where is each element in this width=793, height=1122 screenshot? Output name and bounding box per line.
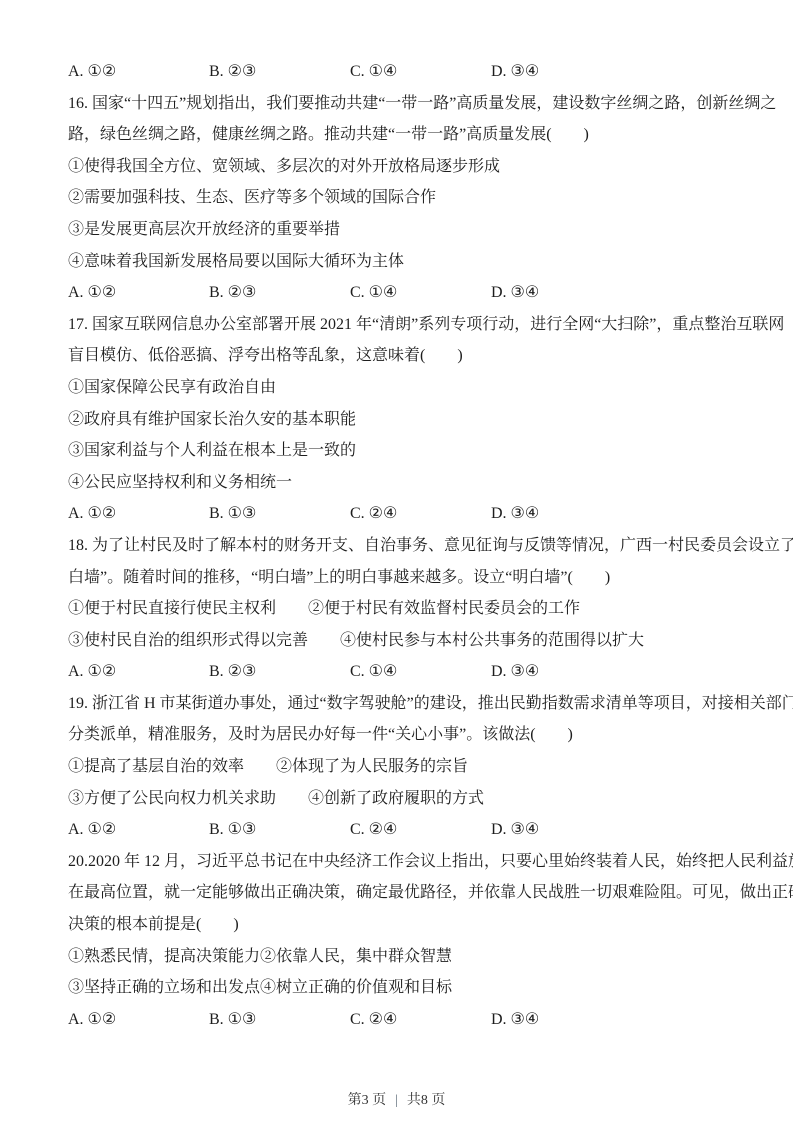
answer-choice-c: C. ②④ (350, 1004, 491, 1036)
answer-choice-a: A. ①② (68, 56, 209, 88)
question-19-stem-line-2: 分类派单，精准服务，及时为居民办好每一件“关心小事”。该做法( ) (68, 719, 744, 751)
answer-choice-b: B. ①③ (209, 1004, 350, 1036)
answer-row-question-19: A. ①② B. ①③ C. ②④ D. ③④ (68, 814, 744, 846)
answer-choice-d: D. ③④ (491, 56, 539, 88)
page-footer: 第3 页|共8 页 (0, 1091, 793, 1111)
question-18-stem-line-1: 18. 为了让村民及时了解本村的财务开支、自治事务、意见征询与反馈等情况，广西一… (68, 530, 744, 562)
question-16-option-4: ④意味着我国新发展格局要以国际大循环为主体 (68, 246, 744, 278)
answer-choice-a: A. ①② (68, 814, 209, 846)
answer-choice-d: D. ③④ (491, 1004, 539, 1036)
question-19-options-3-4: ③方便了公民向权力机关求助 ④创新了政府履职的方式 (68, 783, 744, 815)
question-20: 20.2020 年 12 月，习近平总书记在中央经济工作会议上指出，只要心里始终… (68, 846, 744, 1036)
answer-choice-c: C. ①④ (350, 277, 491, 309)
answer-choice-a: A. ①② (68, 498, 209, 530)
question-18-stem-line-2: 白墙”。随着时间的推移，“明白墙”上的明白事越来越多。设立“明白墙”( ) (68, 562, 744, 594)
answer-row-question-16: A. ①② B. ②③ C. ①④ D. ③④ (68, 277, 744, 309)
answer-choice-c: C. ②④ (350, 814, 491, 846)
question-16-stem-line-2: 路，绿色丝绸之路，健康丝绸之路。推动共建“一带一路”高质量发展( ) (68, 119, 744, 151)
question-16-option-2: ②需要加强科技、生态、医疗等多个领域的国际合作 (68, 182, 744, 214)
question-20-stem-line-3: 决策的根本前提是( ) (68, 909, 744, 941)
answer-choice-a: A. ①② (68, 277, 209, 309)
question-20-options-1-2: ①熟悉民情，提高决策能力②依靠人民，集中群众智慧 (68, 941, 744, 973)
answer-row-question-17: A. ①② B. ①③ C. ②④ D. ③④ (68, 498, 744, 530)
answer-choice-d: D. ③④ (491, 814, 539, 846)
answer-choice-c: C. ②④ (350, 498, 491, 530)
answer-choice-a: A. ①② (68, 656, 209, 688)
question-17-option-4: ④公民应坚持权利和义务相统一 (68, 467, 744, 499)
answer-row-question-20: A. ①② B. ①③ C. ②④ D. ③④ (68, 1004, 744, 1036)
answer-choice-b: B. ①③ (209, 814, 350, 846)
question-18-options-1-2: ①便于村民直接行使民主权利 ②便于村民有效监督村民委员会的工作 (68, 593, 744, 625)
answer-choice-c: C. ①④ (350, 656, 491, 688)
question-17: 17. 国家互联网信息办公室部署开展 2021 年“清朗”系列专项行动，进行全网… (68, 309, 744, 530)
question-20-stem-line-2: 在最高位置，就一定能够做出正确决策，确定最优路径，并依靠人民战胜一切艰难险阻。可… (68, 877, 744, 909)
answer-choice-b: B. ②③ (209, 56, 350, 88)
answer-choice-b: B. ①③ (209, 498, 350, 530)
answer-choice-a: A. ①② (68, 1004, 209, 1036)
question-20-options-3-4: ③坚持正确的立场和出发点④树立正确的价值观和目标 (68, 972, 744, 1004)
question-17-option-1: ①国家保障公民享有政治自由 (68, 372, 744, 404)
answer-row-previous-question: A. ①② B. ②③ C. ①④ D. ③④ (68, 56, 744, 88)
answer-choice-d: D. ③④ (491, 656, 539, 688)
answer-row-question-18: A. ①② B. ②③ C. ①④ D. ③④ (68, 656, 744, 688)
footer-separator: | (386, 1093, 407, 1108)
footer-total-pages: 共8 页 (407, 1093, 446, 1108)
question-16-stem-line-1: 16. 国家“十四五”规划指出，我们要推动共建“一带一路”高质量发展，建设数字丝… (68, 88, 744, 120)
answer-choice-b: B. ②③ (209, 277, 350, 309)
answer-choice-d: D. ③④ (491, 277, 539, 309)
question-16: 16. 国家“十四五”规划指出，我们要推动共建“一带一路”高质量发展，建设数字丝… (68, 88, 744, 309)
answer-choice-d: D. ③④ (491, 498, 539, 530)
question-19-options-1-2: ①提高了基层自治的效率 ②体现了为人民服务的宗旨 (68, 751, 744, 783)
footer-current-page: 第3 页 (348, 1093, 387, 1108)
question-17-stem-line-1: 17. 国家互联网信息办公室部署开展 2021 年“清朗”系列专项行动，进行全网… (68, 309, 744, 341)
question-17-option-2: ②政府具有维护国家长治久安的基本职能 (68, 404, 744, 436)
question-19-stem-line-1: 19. 浙江省 H 市某街道办事处，通过“数字驾驶舱”的建设，推出民勤指数需求清… (68, 688, 744, 720)
question-18: 18. 为了让村民及时了解本村的财务开支、自治事务、意见征询与反馈等情况，广西一… (68, 530, 744, 688)
exam-page: A. ①② B. ②③ C. ①④ D. ③④ 16. 国家“十四五”规划指出，… (68, 56, 744, 1035)
question-17-option-3: ③国家利益与个人利益在根本上是一致的 (68, 435, 744, 467)
answer-choice-b: B. ②③ (209, 656, 350, 688)
question-19: 19. 浙江省 H 市某街道办事处，通过“数字驾驶舱”的建设，推出民勤指数需求清… (68, 688, 744, 846)
question-17-stem-line-2: 盲目模仿、低俗恶搞、浮夸出格等乱象，这意味着( ) (68, 340, 744, 372)
question-20-stem-line-1: 20.2020 年 12 月，习近平总书记在中央经济工作会议上指出，只要心里始终… (68, 846, 744, 878)
answer-choice-c: C. ①④ (350, 56, 491, 88)
question-18-options-3-4: ③使村民自治的组织形式得以完善 ④使村民参与本村公共事务的范围得以扩大 (68, 625, 744, 657)
question-16-option-3: ③是发展更高层次开放经济的重要举措 (68, 214, 744, 246)
question-16-option-1: ①使得我国全方位、宽领域、多层次的对外开放格局逐步形成 (68, 151, 744, 183)
